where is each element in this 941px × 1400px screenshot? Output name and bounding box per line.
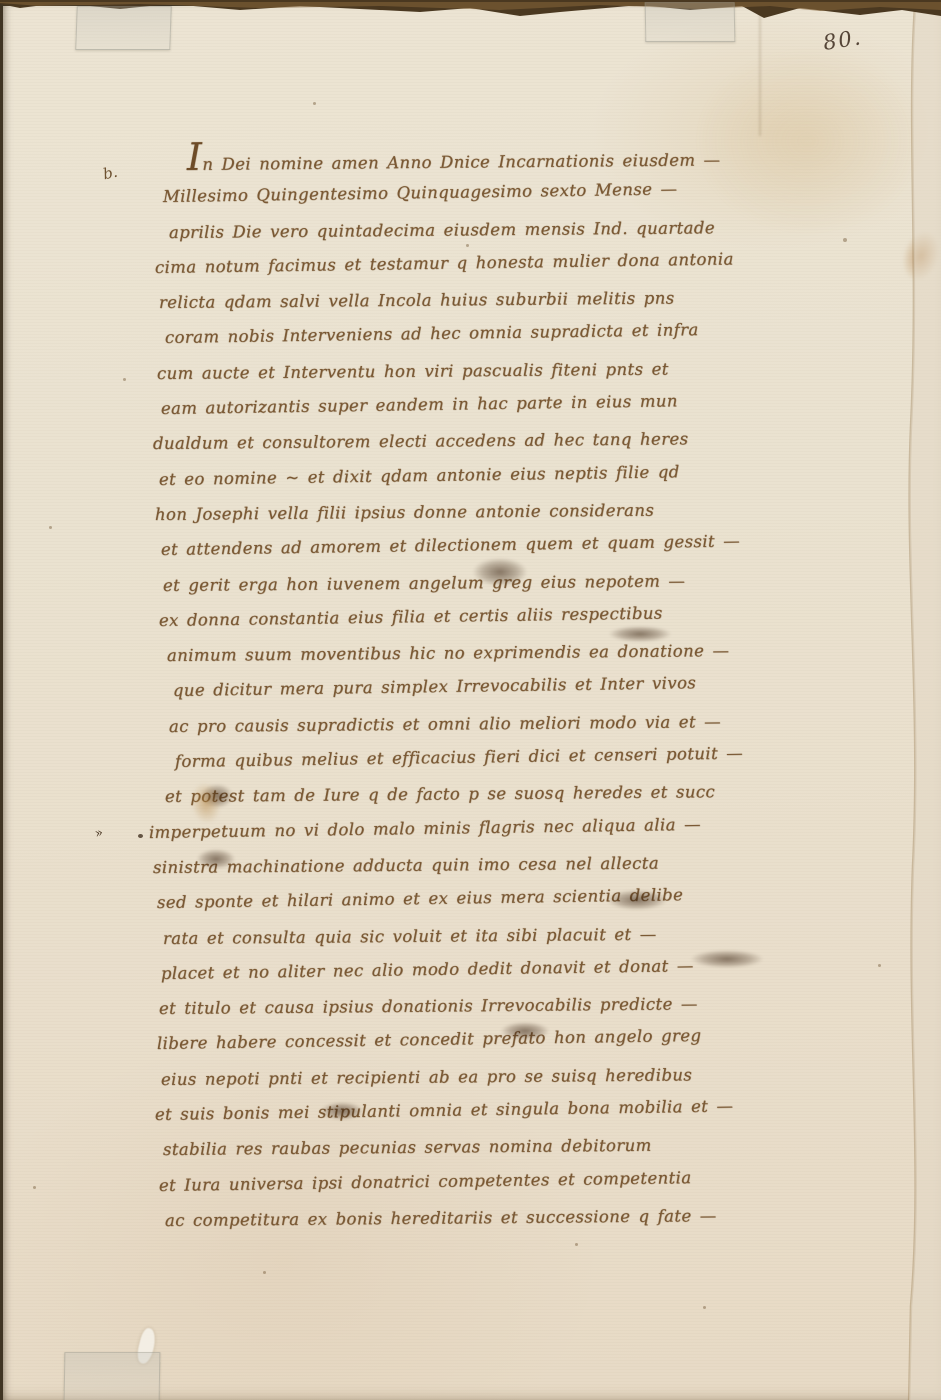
ink-blot [501,1022,549,1040]
foxing-speck [263,1271,266,1274]
foxing-speck [878,964,881,967]
foxing-speck [575,1243,578,1246]
foxing-speck [49,526,52,529]
mounting-tab [645,2,736,42]
manuscript-page: In Dei nomine amen Anno Dnice Incarnatio… [3,6,941,1400]
ink-blot [473,558,527,586]
ink-blot [691,950,763,968]
deckle-edge [885,6,941,1400]
folio-number: 80. [821,25,864,55]
ink-blot [197,849,235,869]
margin-mark: » [93,825,104,841]
foxing-speck [703,1306,706,1309]
ink-blot [609,626,671,642]
foxing-speck [466,244,469,247]
brown-stain [896,226,941,287]
margin-mark: b. [101,163,119,184]
ink-blot [321,1102,363,1120]
margin-dot [138,834,143,838]
manuscript-text-block: In Dei nomine amen Anno Dnice Incarnatio… [153,152,863,1246]
foxing-speck [843,238,847,242]
manuscript-line: ac competitura ex bonis hereditariis et … [165,1205,863,1246]
mounting-tab [75,6,172,50]
vertical-crease [759,6,761,136]
foxing-speck [313,102,316,105]
ink-blot [607,890,667,910]
mounting-tab [64,1352,161,1400]
foxing-speck [123,378,126,381]
foxing-speck [33,1186,36,1189]
